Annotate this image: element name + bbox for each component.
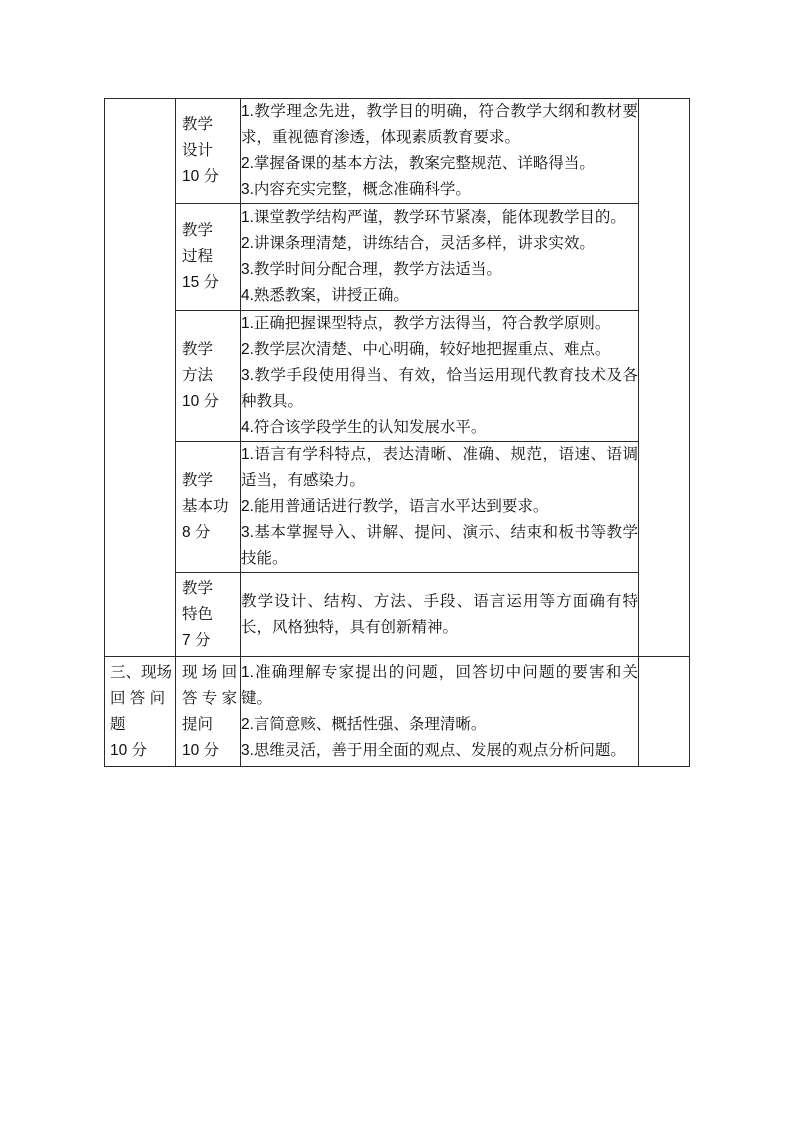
criteria-item: 2.教学层次清楚、中心明确，较好地把握重点、难点。 [241,337,638,363]
criteria-item: 1.语言有学科特点，表达清晰、准确、规范，语速、语调适当，有感染力。 [241,442,638,494]
criteria-item: 3.教学手段使用得当、有效，恰当运用现代教育技术及各种教具。 [241,363,638,415]
table-row: 教学 设计 10 分 1.教学理念先进，教学目的明确，符合教学大纲和教材要求，重… [105,99,690,204]
criteria-item: 4.符合该学段学生的认知发展水平。 [241,415,638,441]
section-cell: 三、现场 回 答 问 题 10 分 [105,657,176,767]
category-cell: 教学 过程 15 分 [176,204,241,311]
criteria-cell: 1.语言有学科特点，表达清晰、准确、规范，语速、语调适当，有感染力。 2.能用普… [241,442,639,573]
category-label: 教学 特色 7 分 [176,576,240,654]
table-row: 教学 过程 15 分 1.课堂教学结构严谨，教学环节紧凑，能体现教学目的。 2.… [105,204,690,311]
category-label: 教学 基本功 8 分 [176,468,240,546]
table-row: 教学 方法 10 分 1.正确把握课型特点，教学方法得当，符合教学原则。 2.教… [105,311,690,442]
table-row: 三、现场 回 答 问 题 10 分 现 场 回 答 专 家 提问 10 分 1.… [105,657,690,767]
criteria-item: 1.准确理解专家提出的问题，回答切中问题的要害和关键。 [241,660,638,712]
table-row: 教学 特色 7 分 教学设计、结构、方法、手段、语言运用等方面确有特长，风格独特… [105,573,690,657]
criteria-cell: 1.教学理念先进，教学目的明确，符合教学大纲和教材要求，重视德育渗透，体现素质教… [241,99,639,204]
evaluation-rubric-table: 教学 设计 10 分 1.教学理念先进，教学目的明确，符合教学大纲和教材要求，重… [104,98,690,767]
criteria-item: 2.能用普通话进行教学，语言水平达到要求。 [241,494,638,520]
criteria-item: 2.言简意赅、概括性强、条理清晰。 [241,712,638,738]
category-cell: 现 场 回 答 专 家 提问 10 分 [176,657,241,767]
category-label: 教学 方法 10 分 [176,337,240,415]
category-cell: 教学 特色 7 分 [176,573,241,657]
criteria-item: 1.课堂教学结构严谨，教学环节紧凑，能体现教学目的。 [241,205,638,231]
criteria-item: 1.正确把握课型特点，教学方法得当，符合教学原则。 [241,311,638,337]
category-label: 教学 过程 15 分 [176,218,240,296]
category-cell: 教学 方法 10 分 [176,311,241,442]
criteria-cell: 1.正确把握课型特点，教学方法得当，符合教学原则。 2.教学层次清楚、中心明确，… [241,311,639,442]
criteria-item: 3.教学时间分配合理，教学方法适当。 [241,257,638,283]
criteria-item: 3.内容充实完整，概念准确科学。 [241,177,638,203]
criteria-item: 2.掌握备课的基本方法，教案完整规范、详略得当。 [241,151,638,177]
table-row: 教学 基本功 8 分 1.语言有学科特点，表达清晰、准确、规范，语速、语调适当，… [105,442,690,573]
section-cell-empty [105,99,176,657]
score-cell-empty [639,657,690,767]
category-label: 教学 设计 10 分 [176,112,240,190]
criteria-cell: 1.准确理解专家提出的问题，回答切中问题的要害和关键。 2.言简意赅、概括性强、… [241,657,639,767]
category-label: 现 场 回 答 专 家 提问 10 分 [176,660,240,764]
document-page: 教学 设计 10 分 1.教学理念先进，教学目的明确，符合教学大纲和教材要求，重… [0,0,793,1122]
section-label: 三、现场 回 答 问 题 10 分 [105,660,175,764]
criteria-item: 1.教学理念先进，教学目的明确，符合教学大纲和教材要求，重视德育渗透，体现素质教… [241,99,638,151]
criteria-item: 2.讲课条理清楚，讲练结合，灵活多样，讲求实效。 [241,231,638,257]
criteria-item: 4.熟悉教案，讲授正确。 [241,283,638,309]
category-cell: 教学 设计 10 分 [176,99,241,204]
category-cell: 教学 基本功 8 分 [176,442,241,573]
score-cell-empty [639,99,690,657]
criteria-cell: 1.课堂教学结构严谨，教学环节紧凑，能体现教学目的。 2.讲课条理清楚，讲练结合… [241,204,639,311]
criteria-item: 教学设计、结构、方法、手段、语言运用等方面确有特长，风格独特，具有创新精神。 [241,589,638,641]
criteria-cell: 教学设计、结构、方法、手段、语言运用等方面确有特长，风格独特，具有创新精神。 [241,573,639,657]
criteria-item: 3.基本掌握导入、讲解、提问、演示、结束和板书等教学技能。 [241,520,638,572]
criteria-item: 3.思维灵活，善于用全面的观点、发展的观点分析问题。 [241,738,638,764]
